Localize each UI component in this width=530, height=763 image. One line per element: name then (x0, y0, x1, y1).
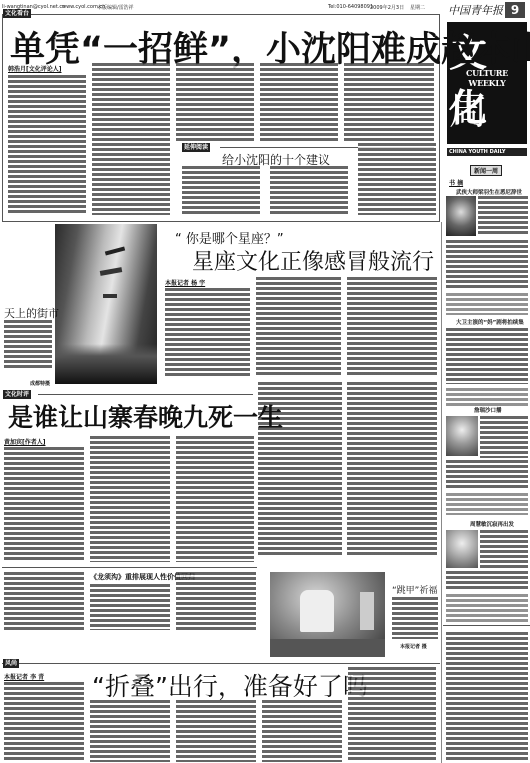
divider-bottom (2, 663, 440, 664)
sidebar-divider (443, 625, 530, 626)
sidebar-item-title-0: 武侠大师梁羽生在悉尼辞世 (456, 188, 522, 196)
sidebar-text-3b (446, 571, 528, 591)
photo-figure (105, 246, 125, 255)
section-tag-lead: 文化看台 (3, 9, 31, 18)
folding-byline: 本报记者 李 青 (4, 672, 44, 681)
dance-caption-title: “跳甲”祈福 (392, 583, 437, 596)
section-tag-folding: 风尚 (3, 659, 19, 668)
constellation-col4 (347, 382, 437, 557)
photo-figure (103, 294, 117, 298)
folding-col1 (4, 682, 84, 762)
sidebar-item-title-2: 詹瑞沙口播 (474, 406, 502, 414)
sidebar-text-1b (446, 388, 528, 406)
constellation-byline: 本报记者 杨 宇 (165, 278, 205, 287)
dance-caption (392, 597, 438, 639)
constellation-col3 (347, 277, 437, 376)
folding-col4 (262, 700, 342, 762)
sidebar-text-0b (446, 240, 528, 290)
sidebar-text-3c (446, 594, 528, 622)
lead-byline: 韩浩月[文化评论人] (8, 64, 62, 73)
shanzhai-col1 (4, 447, 84, 562)
sidebar-rule (441, 222, 442, 763)
english-paper-name: CHINA YOUTH DAILY (447, 148, 527, 156)
suggestions-col3 (358, 143, 436, 215)
shanzhai-rule (38, 394, 253, 395)
header-editor: 本版编辑/雷浩祥 (97, 4, 134, 11)
folding-col3 (176, 700, 256, 762)
folding-col5 (348, 667, 436, 762)
sidebar-text-0c (446, 293, 528, 315)
sidebar-column-tag: 新闻一周 (470, 165, 502, 176)
lead-body-col1 (8, 75, 86, 215)
photo-robed-figure (300, 590, 334, 632)
sidebar-text-2b (446, 460, 528, 490)
header-strip: li-wangtinan@cyol.net.cn www.cyol.com.cn… (0, 0, 440, 14)
lead-body-col2 (92, 63, 170, 215)
shanzhai-col3 (176, 436, 254, 562)
lead-body-col4 (260, 63, 338, 143)
folding-headline: “折叠”出行，准备好了吗 (92, 667, 368, 703)
sidebar-text-2a (480, 416, 528, 458)
header-date: 2009年2月3日 (370, 4, 404, 11)
photo-figure (360, 592, 374, 630)
sidebar-text-2c (446, 493, 528, 515)
sidebar-photo-vivian (446, 530, 478, 568)
sidebar-continued-text (446, 632, 528, 762)
sidebar-photo-liang (446, 196, 476, 236)
sidebar-text-3a (480, 530, 528, 568)
lead-body-col5 (344, 63, 434, 143)
sidebar-text-0a (478, 196, 528, 236)
shanzhai-col2 (90, 436, 170, 562)
sky-market-caption-title: 天上的街市 (4, 305, 59, 321)
sidebar-photo-singer (446, 416, 478, 456)
photo-figure (100, 267, 123, 276)
brief-col3 (176, 572, 256, 630)
folding-col2 (90, 700, 170, 762)
sky-market-caption (4, 320, 52, 368)
sidebar-item-title-1: 大卫主演的“妈”剧将拍续集 (456, 318, 524, 326)
shanzhai-byline: 黄加宾[作者人] (4, 437, 46, 446)
divider-mid (2, 567, 257, 568)
photo-ground (270, 639, 385, 657)
brief-col2 (90, 584, 170, 630)
sidebar-item-title-3: 周慧敏沉寂再出发 (470, 520, 514, 528)
constellation-col2 (256, 277, 341, 376)
suggestions-col1 (182, 166, 260, 214)
suggestions-col2 (270, 166, 348, 214)
paper-name: 中国青年报 (448, 2, 503, 18)
sky-market-photo (55, 224, 157, 384)
page-number: 9 (505, 2, 525, 18)
brief-col1 (4, 572, 84, 630)
dance-credit: 本报记者 摄 (400, 643, 427, 650)
constellation-col1 (165, 288, 250, 376)
constellation-headline: 星座文化正像感冒般流行 (192, 245, 434, 276)
photo-crowd (55, 344, 157, 384)
header-tel: Tel:010-64098091 (328, 4, 373, 10)
sidebar-text-1 (446, 328, 528, 384)
dance-photo (270, 572, 385, 657)
header-weekday: 星期二 (410, 4, 425, 11)
shanzhai-headline: 是谁让山寨春晚九死一生 (8, 398, 283, 434)
sidebar-label: 书 摘 (449, 178, 463, 187)
section-tag-sidebar-box: 延伸阅读 (182, 143, 210, 152)
sky-market-credit: 成都特摄 (30, 380, 50, 387)
lead-body-col3 (176, 63, 254, 143)
